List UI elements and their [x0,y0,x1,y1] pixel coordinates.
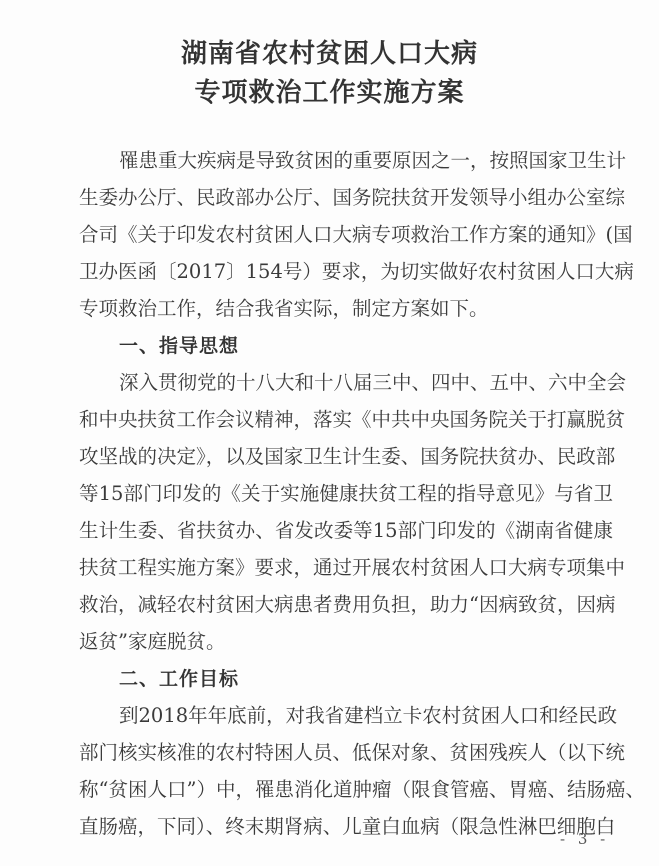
section2-line-3: 称“贫困人口”）中，罹患消化道肿瘤（限食管癌、胃癌、结肠癌、 [79,777,613,803]
section2-line-2: 部门核实核准的农村特困人员、低保对象、贫困残疾人（以下统 [79,740,613,766]
section2-line-1: 到2018年年底前，对我省建档立卡农村贫困人口和经民政 [119,703,613,729]
document-title-line-2: 专项救治工作实施方案 [0,72,659,109]
intro-line-5: 专项救治工作，结合我省实际，制定方案如下。 [79,296,489,322]
document-title-line-1: 湖南省农村贫困人口大病 [0,33,659,70]
intro-line-2: 生委办公厅、民政部办公厅、国务院扶贫开发领导小组办公室综 [79,185,613,211]
section-heading-work-goals: 二、工作目标 [119,666,239,692]
section1-line-2: 和中央扶贫工作会议精神，落实《中共中央国务院关于打赢脱贫 [79,407,613,433]
intro-line-1: 罹患重大疾病是导致贫困的重要原因之一，按照国家卫生计 [119,148,613,174]
intro-line-4: 卫办医函〔2017〕154号）要求，为切实做好农村贫困人口大病 [79,259,613,285]
section1-line-1: 深入贯彻党的十八大和十八届三中、四中、五中、六中全会 [119,370,613,396]
page-number: - 3 - [560,830,609,848]
section1-line-6: 扶贫工程实施方案》要求，通过开展农村贫困人口大病专项集中 [79,555,613,581]
section1-line-4: 等15部门印发的《关于实施健康扶贫工程的指导意见》与省卫 [79,481,613,507]
document-page: 湖南省农村贫困人口大病 专项救治工作实施方案 罹患重大疾病是导致贫困的重要原因之… [0,0,659,866]
section-heading-guiding-ideology: 一、指导思想 [119,333,239,359]
section1-line-5: 生计生委、省扶贫办、省发改委等15部门印发的《湖南省健康 [79,518,613,544]
section1-line-3: 攻坚战的决定》，以及国家卫生计生委、国务院扶贫办、民政部 [79,444,613,470]
section1-line-7: 救治，减轻农村贫困大病患者费用负担，助力“因病致贫，因病 [79,592,613,618]
intro-line-3: 合司《关于印发农村贫困人口大病专项救治工作方案的通知》(国 [79,222,613,248]
section2-line-4: 直肠癌，下同）、终末期肾病、儿童白血病（限急性淋巴细胞白 [79,814,613,840]
section1-line-8: 返贫”家庭脱贫。 [79,629,225,655]
